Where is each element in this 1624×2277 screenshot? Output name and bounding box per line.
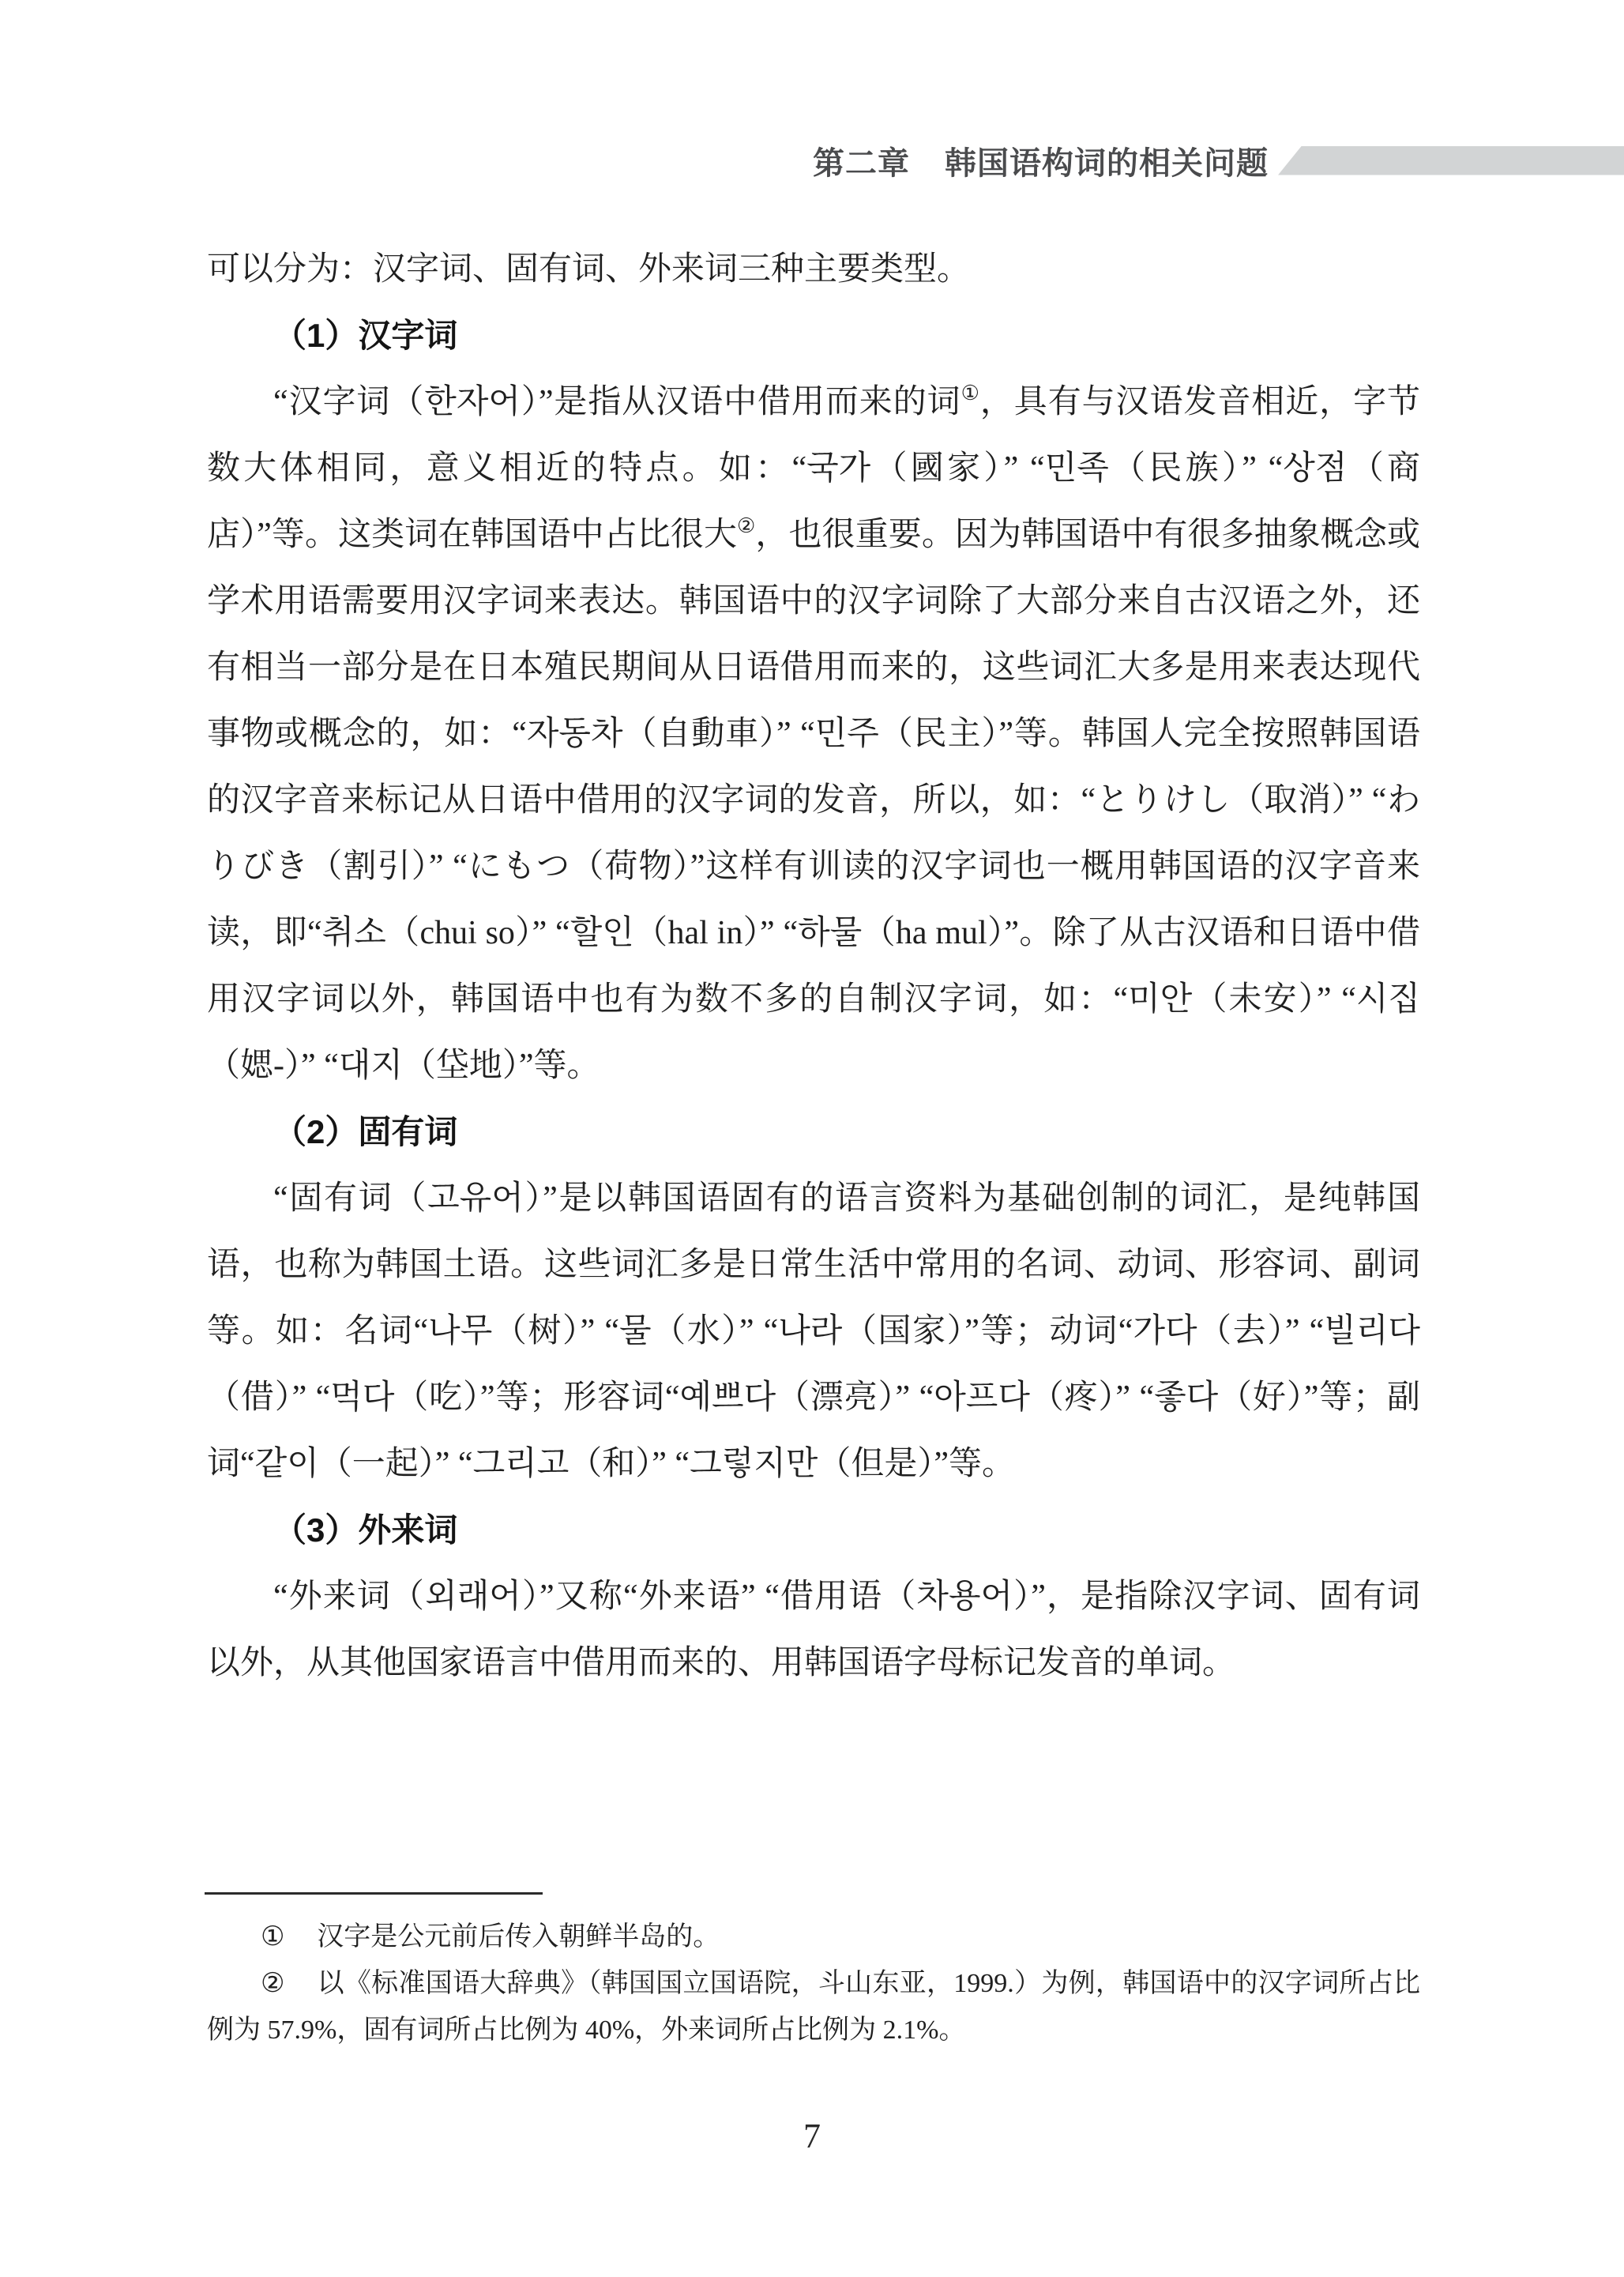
- chapter-title: 韩国语构词的相关问题: [945, 138, 1269, 183]
- book-page: 第二章 韩国语构词的相关问题 可以分为：汉字词、固有词、外来词三种主要类型。 （…: [0, 0, 1624, 2277]
- page-number: 7: [0, 2116, 1624, 2156]
- page-body: 可以分为：汉字词、固有词、外来词三种主要类型。 （1）汉字词 “汉字词（한자어）…: [207, 236, 1420, 1696]
- section-paragraph-hanzi-words: “汉字词（한자어）”是指从汉语中借用而来的词①，具有与汉语发音相近，字节数大体相…: [207, 369, 1420, 1099]
- footnote-separator: [205, 1892, 543, 1895]
- section-paragraph-loan-words: “外来词（외래어）”又称“外来语” “借用语（차용어）”，是指除汉字词、固有词以…: [207, 1564, 1420, 1696]
- section-paragraph-native-words: “固有词（고유어）”是以韩国语固有的语言资料为基础创制的词汇，是纯韩国语，也称为…: [207, 1165, 1420, 1497]
- chapter-number: 第二章: [813, 138, 910, 183]
- section-heading-native-words: （2）固有词: [207, 1099, 1420, 1165]
- section-heading-loan-words: （3）外来词: [207, 1497, 1420, 1564]
- section-heading-hanzi-words: （1）汉字词: [207, 303, 1420, 369]
- header-decoration-band: [1278, 146, 1624, 175]
- footnote-1-marker: ①: [261, 1922, 284, 1951]
- footnote-2: ②以《标准国语大辞典》（韩国国立国语院，斗山东亚，1999.）为例，韩国语中的汉…: [207, 1960, 1420, 2053]
- page-header: 第二章 韩国语构词的相关问题: [0, 145, 1624, 176]
- paragraph-continuation: 可以分为：汉字词、固有词、外来词三种主要类型。: [207, 236, 1420, 303]
- footnote-1-text: 汉字是公元前后传入朝鲜半岛的。: [317, 1922, 720, 1951]
- footnote-2-text: 以《标准国语大辞典》（韩国国立国语院，斗山东亚，1999.）为例，韩国语中的汉字…: [207, 1969, 1420, 2045]
- footnote-2-marker: ②: [261, 1969, 285, 1998]
- footnote-1: ①汉字是公元前后传入朝鲜半岛的。: [207, 1914, 1420, 1960]
- footnotes: ①汉字是公元前后传入朝鲜半岛的。 ②以《标准国语大辞典》（韩国国立国语院，斗山东…: [207, 1914, 1420, 2053]
